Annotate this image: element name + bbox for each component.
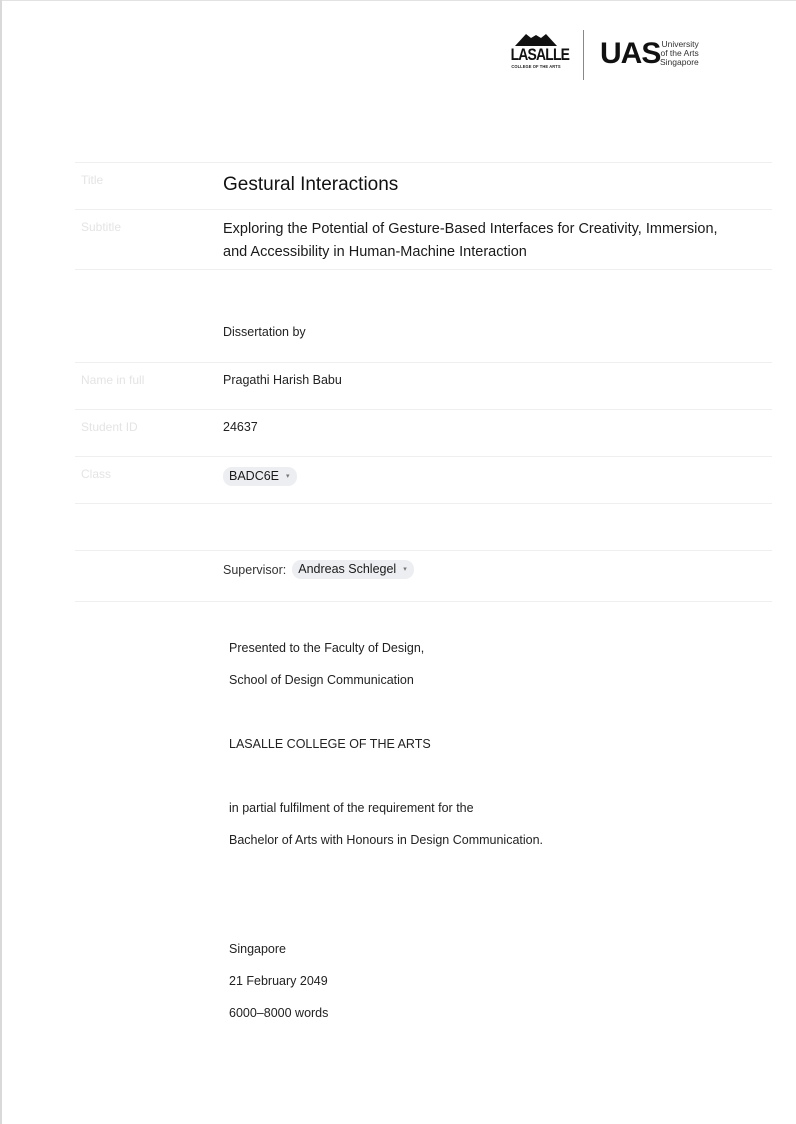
subtitle-value[interactable]: Exploring the Potential of Gesture-Based… [223,218,743,264]
uas-line: Singapore [660,58,699,67]
rows-end-divider [75,601,772,602]
lasalle-subtitle: COLLEGE OF THE ARTS [508,64,564,70]
supervisor-chip[interactable]: Andreas Schlegel ▾ [292,560,414,579]
word-count: 6000–8000 words [229,1006,328,1020]
requirement-line-1: in partial fulfilment of the requirement… [229,801,474,815]
page-edge [0,0,796,1]
subtitle-label: Subtitle [81,220,121,234]
supervisor-label: Supervisor: [223,563,286,577]
place: Singapore [229,942,286,956]
dissertation-by-text: Dissertation by [223,325,306,339]
logo-divider [583,30,584,80]
subtitle-row: Subtitle Exploring the Potential of Gest… [75,209,772,269]
class-label: Class [81,467,111,481]
class-row: Class BADC6E ▾ [75,456,772,503]
institution-name: LASALLE COLLEGE OF THE ARTS [229,737,431,751]
student-id-row: Student ID 24637 [75,409,772,456]
class-chip[interactable]: BADC6E ▾ [223,467,297,486]
page-edge [0,0,2,1124]
presented-line-2: School of Design Communication [229,673,414,687]
cover-fields: Title Gestural Interactions Subtitle Exp… [75,162,772,602]
class-value: BADC6E ▾ [223,467,297,486]
requirement-line-2: Bachelor of Arts with Honours in Design … [229,833,543,847]
class-chip-text: BADC6E [229,469,279,484]
title-label: Title [81,173,103,187]
name-label: Name in full [81,373,144,387]
uas-logo-text: University of the Arts Singapore [660,40,699,67]
uas-wordmark: UAS [600,38,660,70]
supervisor-row: Supervisor: Andreas Schlegel ▾ [75,550,772,601]
name-value[interactable]: Pragathi Harish Babu [223,373,342,387]
presented-line-1: Presented to the Faculty of Design, [229,641,424,655]
title-row: Title Gestural Interactions [75,162,772,209]
lasalle-logo: LASALLE COLLEGE OF THE ARTS [505,32,567,70]
student-id-label: Student ID [81,420,138,434]
chevron-down-icon[interactable]: ▾ [403,562,407,577]
lasalle-wordmark: LASALLE [511,46,562,63]
student-id-value[interactable]: 24637 [223,420,258,434]
chevron-down-icon[interactable]: ▾ [286,469,290,484]
dissertation-row: Dissertation by [75,269,772,362]
supervisor-chip-text: Andreas Schlegel [298,562,396,577]
empty-row [75,503,772,550]
date: 21 February 2049 [229,974,328,988]
title-value[interactable]: Gestural Interactions [223,174,398,196]
header-logos: LASALLE COLLEGE OF THE ARTS UAS Universi… [505,30,735,82]
supervisor-value: Supervisor: Andreas Schlegel ▾ [223,560,414,579]
name-row: Name in full Pragathi Harish Babu [75,362,772,409]
lasalle-peaks-icon [513,32,559,46]
